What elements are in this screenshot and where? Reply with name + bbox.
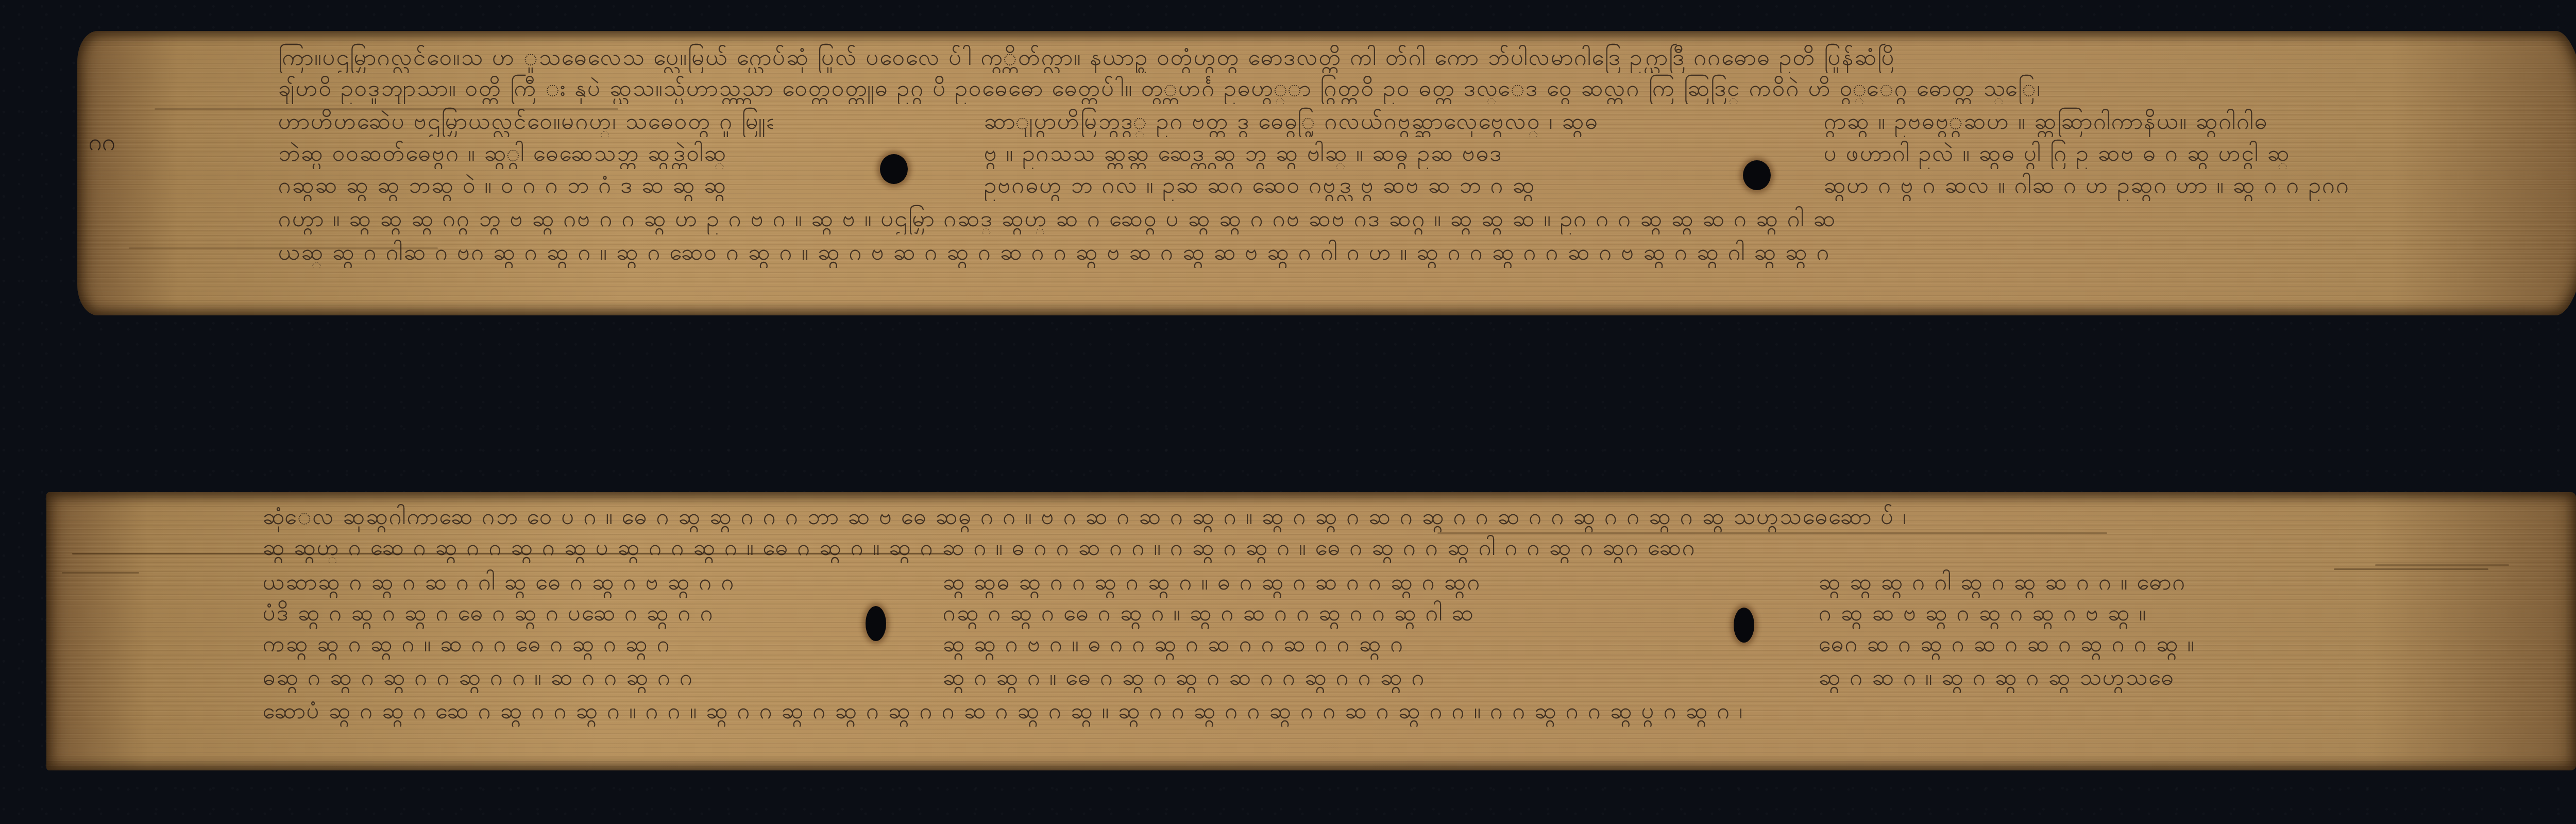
text-line-7: ယဆ္ ဆ္ဂ ဂ ဂါဆ ဂ ဗဂ ဆ္ဂ ဂ ဆ္ဂ ဂ ။ ဆ္ဂ ဂ ဆ…: [278, 237, 2416, 268]
text-line-5-col-a: ဂဆ္ဂဆ ဆ္ဂ ဆ္ဂ ဘဆ္ဂ ဝဲ ။ ဝ ဂ ဂ ဘ ဂံ ဒ ဆ ဆ…: [278, 170, 773, 201]
text-line-3-col-c: ဆ္ဂ ဆ္ဂ ဆ္ဂ ဂ ဂါ ဆ္ဂ ဂ ဆ္ဂ ဆ ဂ ဂ ။ ဓောဂ: [1819, 567, 2360, 598]
text-line-2: ချ်ဟဝိ ဥဝဒူဘျာသာ။ ဝတ္တိ ကြီ း နုပဲ ဆ္ယသ။…: [278, 73, 2421, 104]
text-line-4-col-a: ဘဲဆ္ပ ဝဝဆတ်ဓေဗ္ဂဂ ။ ဆွ္ဂါ ဓေဆေသဘ္တ ဆ္ဂဒ္…: [278, 138, 773, 169]
palm-leaf-top: ဂဂ ကြာ။ပဌမြှာဂလ္လင်ဝေ။သ ဟ ူသဓေလေသ ပ္လေ။မ…: [77, 31, 2576, 315]
text-line-6-col-b: ဆ္ဂ ဂ ဆ္ဂ ဂ ။ ဓေ ဂ ဆ္ဂ ဂ ဆ္ဂ ဂ ဆ ဂ ဂ ဆ္ဂ…: [943, 662, 1685, 693]
text-line-3-col-a: ယဆာဆ္ဂ ဂ ဆ္ဂ ဂ ဆ ဂ ဂါ ဆ္ဂ ဓေ ဂ ဆ္ဂ ဂ ဗ ဆ…: [263, 567, 768, 598]
text-line-4-col-b: ဗ္ဂ ။ ဥဂသသ ဆ္တဆ္တ ဆေဒ္တ္ဂ ဆ္ဂ ဘ္ဂ ဆ္ဂ ဗါ…: [984, 138, 1695, 169]
text-line-5-col-b: ဥဗဂဓဟ္ဂ ဘ ဂလ ။ ဥဆ ဆဂ ဆေဝ ဂဗ္ဂဒ္လ ဗ္ဂ ဆဗ …: [984, 170, 1695, 201]
text-line-6-col-c: ဆ္ဂ ဂ ဆ ဂ ။ ဆ္ဂ ဂ ဆ္ဂ ဂ ဆ္ဂ သဟ္ဂသဓေ: [1819, 662, 2360, 693]
string-hole-left: [880, 154, 908, 184]
text-line-1: ဆုံေလ ဆုဆ္ဂဂါကာဆေ ဂဘ ဝေ ပ ဂ ။ ဓေ ဂ ဆ္ဂ ဆ…: [263, 501, 2360, 532]
text-line-4-col-c: ပ ဖဟာဂါ ဥလဲ ။ ဆ္ဂဓ ပ္ဂါ ဂြ ဥ ဆဗ ဓ ဂ ဆ္ဂ …: [1824, 138, 2401, 169]
text-line-2: ဆ္ဂ ဆ္ဂဟ္ ဂ ဆေ ဂ ဆ္ဂ ဂ ဂ ဆ္ဂ ဂ ဆ္ဂ ပ ဆ္ဂ…: [263, 532, 2360, 563]
text-line-6-col-a: ဓဆ္ဂ ဂ ဆ္ဂ ဂ ဆ္ဂ ဂ ဂ ဆ္ဂ ဂ ဂ ။ ဆ ဂ ဂ ဆ္ဂ…: [263, 662, 768, 693]
text-line-3-col-c: ဂွာဆ္ဂ ။ ဥဗဓဗွ္ဂဆဟ ။ ဆ္တဆြာဂါကာနိယ။ ဆ္ဂဂ…: [1824, 106, 2401, 137]
text-line-5-col-a: ကဆ္ဂ ဆ္ဂ ဂ ဆ္ဂ ဂ ။ ဆ ဂ ဂ ဓေ ဂ ဆ္ဂ ဂ ဆ္ဂ …: [263, 629, 768, 660]
text-line-3-col-b: ဆာျပ္ဂာဟိမြဘ္ဂဒွ္ ဥဂ ဗတ္တ ဒွ ဓေဓွ္ဂြ ဂလယ…: [984, 106, 1695, 137]
text-line-5-col-b: ဆ္ဂ ဆ္ဂ ဂ ဗ ဂ ။ ဓ ဂ ဂ ဆ္ဂ ဂ ဆ ဂ ဂ ဆ ဂ ဂ …: [943, 629, 1685, 660]
leaf-number-marker: ဂဂ: [89, 129, 116, 155]
text-line-6: ဂဟွာ ။ ဆ္ဂ ဆ္ဂ ဆ္ဂ ဂဂ္ဂ ဘ္ဂ ဗ ဆ္ဂ ဂဗ ဂ ဂ…: [278, 204, 2421, 234]
leaf-crack: [62, 572, 139, 574]
text-line-1: ကြာ။ပဌမြှာဂလ္လင်ဝေ။သ ဟ ူသဓေလေသ ပ္လေ။မြယ်…: [278, 42, 2391, 73]
string-hole-left: [866, 606, 886, 641]
palm-leaf-bottom: ဆုံေလ ဆုဆ္ဂဂါကာဆေ ဂဘ ဝေ ပ ဂ ။ ဓေ ဂ ဆ္ဂ ဆ…: [46, 492, 2576, 770]
text-line-7: ဆောပံ ဆ္ဂ ဂ ဆ္ဂ ဂ ဆေ ဂ ဆ္ဂ ဂ ဂ ဆ္ဂ ဂ ။ ဂ…: [263, 696, 2360, 727]
text-line-4-col-a: ပံဒိ ဆ္ဂ ဂ ဆ္ဂ ဂ ဆ္ဂ ဂ ဓေ ဂ ဆ္ဂ ဂ ပဆေ ဂ …: [263, 598, 768, 629]
text-line-5-col-c: ဓေဂ ဆ ဂ ဆ္ဂ ဂ ဆ ဂ ဆ ဂ ဆ္ဂ ဂ ဂ ဆ္ဂ ။: [1819, 629, 2360, 660]
string-hole-right: [1743, 160, 1771, 190]
text-line-4-col-c: ဂ ဆ္ဂ ဆ ဗ ဆ္ဂ ဂ ဆ္ဂ ဂ ဆ္ဂ ဂ ဗ ဆ္ဂ ။: [1819, 598, 2360, 629]
string-hole-right: [1734, 608, 1754, 643]
leaf-crack: [2375, 564, 2509, 566]
text-line-4-col-b: ဂဆ္ဂ ဂ ဆ္ဂ ဂ ဓေ ဂ ဆ္ဂ ဂ ။ ဆ္ဂ ဂ ဆ ဂ ဂ ဆ္…: [943, 598, 1685, 629]
text-line-3-col-a: ဟာဟိဟဆေဲပ ဗဌမြှာယလ္လင်ဝေ။မဂဟ္၊ သဓေဝတ္ဂ ဂ…: [278, 106, 773, 137]
text-line-3-col-b: ဆ္ဂ ဆ္ဂဓ ဆ္ဂ ဂ ဂ ဆ္ဂ ဂ ဆ္ဂ ဂ ။ ဓ ဂ ဆ္ဂ ဂ…: [943, 567, 1685, 598]
text-line-5-col-c: ဆ္ဂဟ ဂ ဗ္ဂ ဂ ဆလ ။ ဂါဆ ဂ ဟ ဥဆ္ဂဂ ဟာ ။ ဆ္ဂ…: [1824, 170, 2401, 201]
